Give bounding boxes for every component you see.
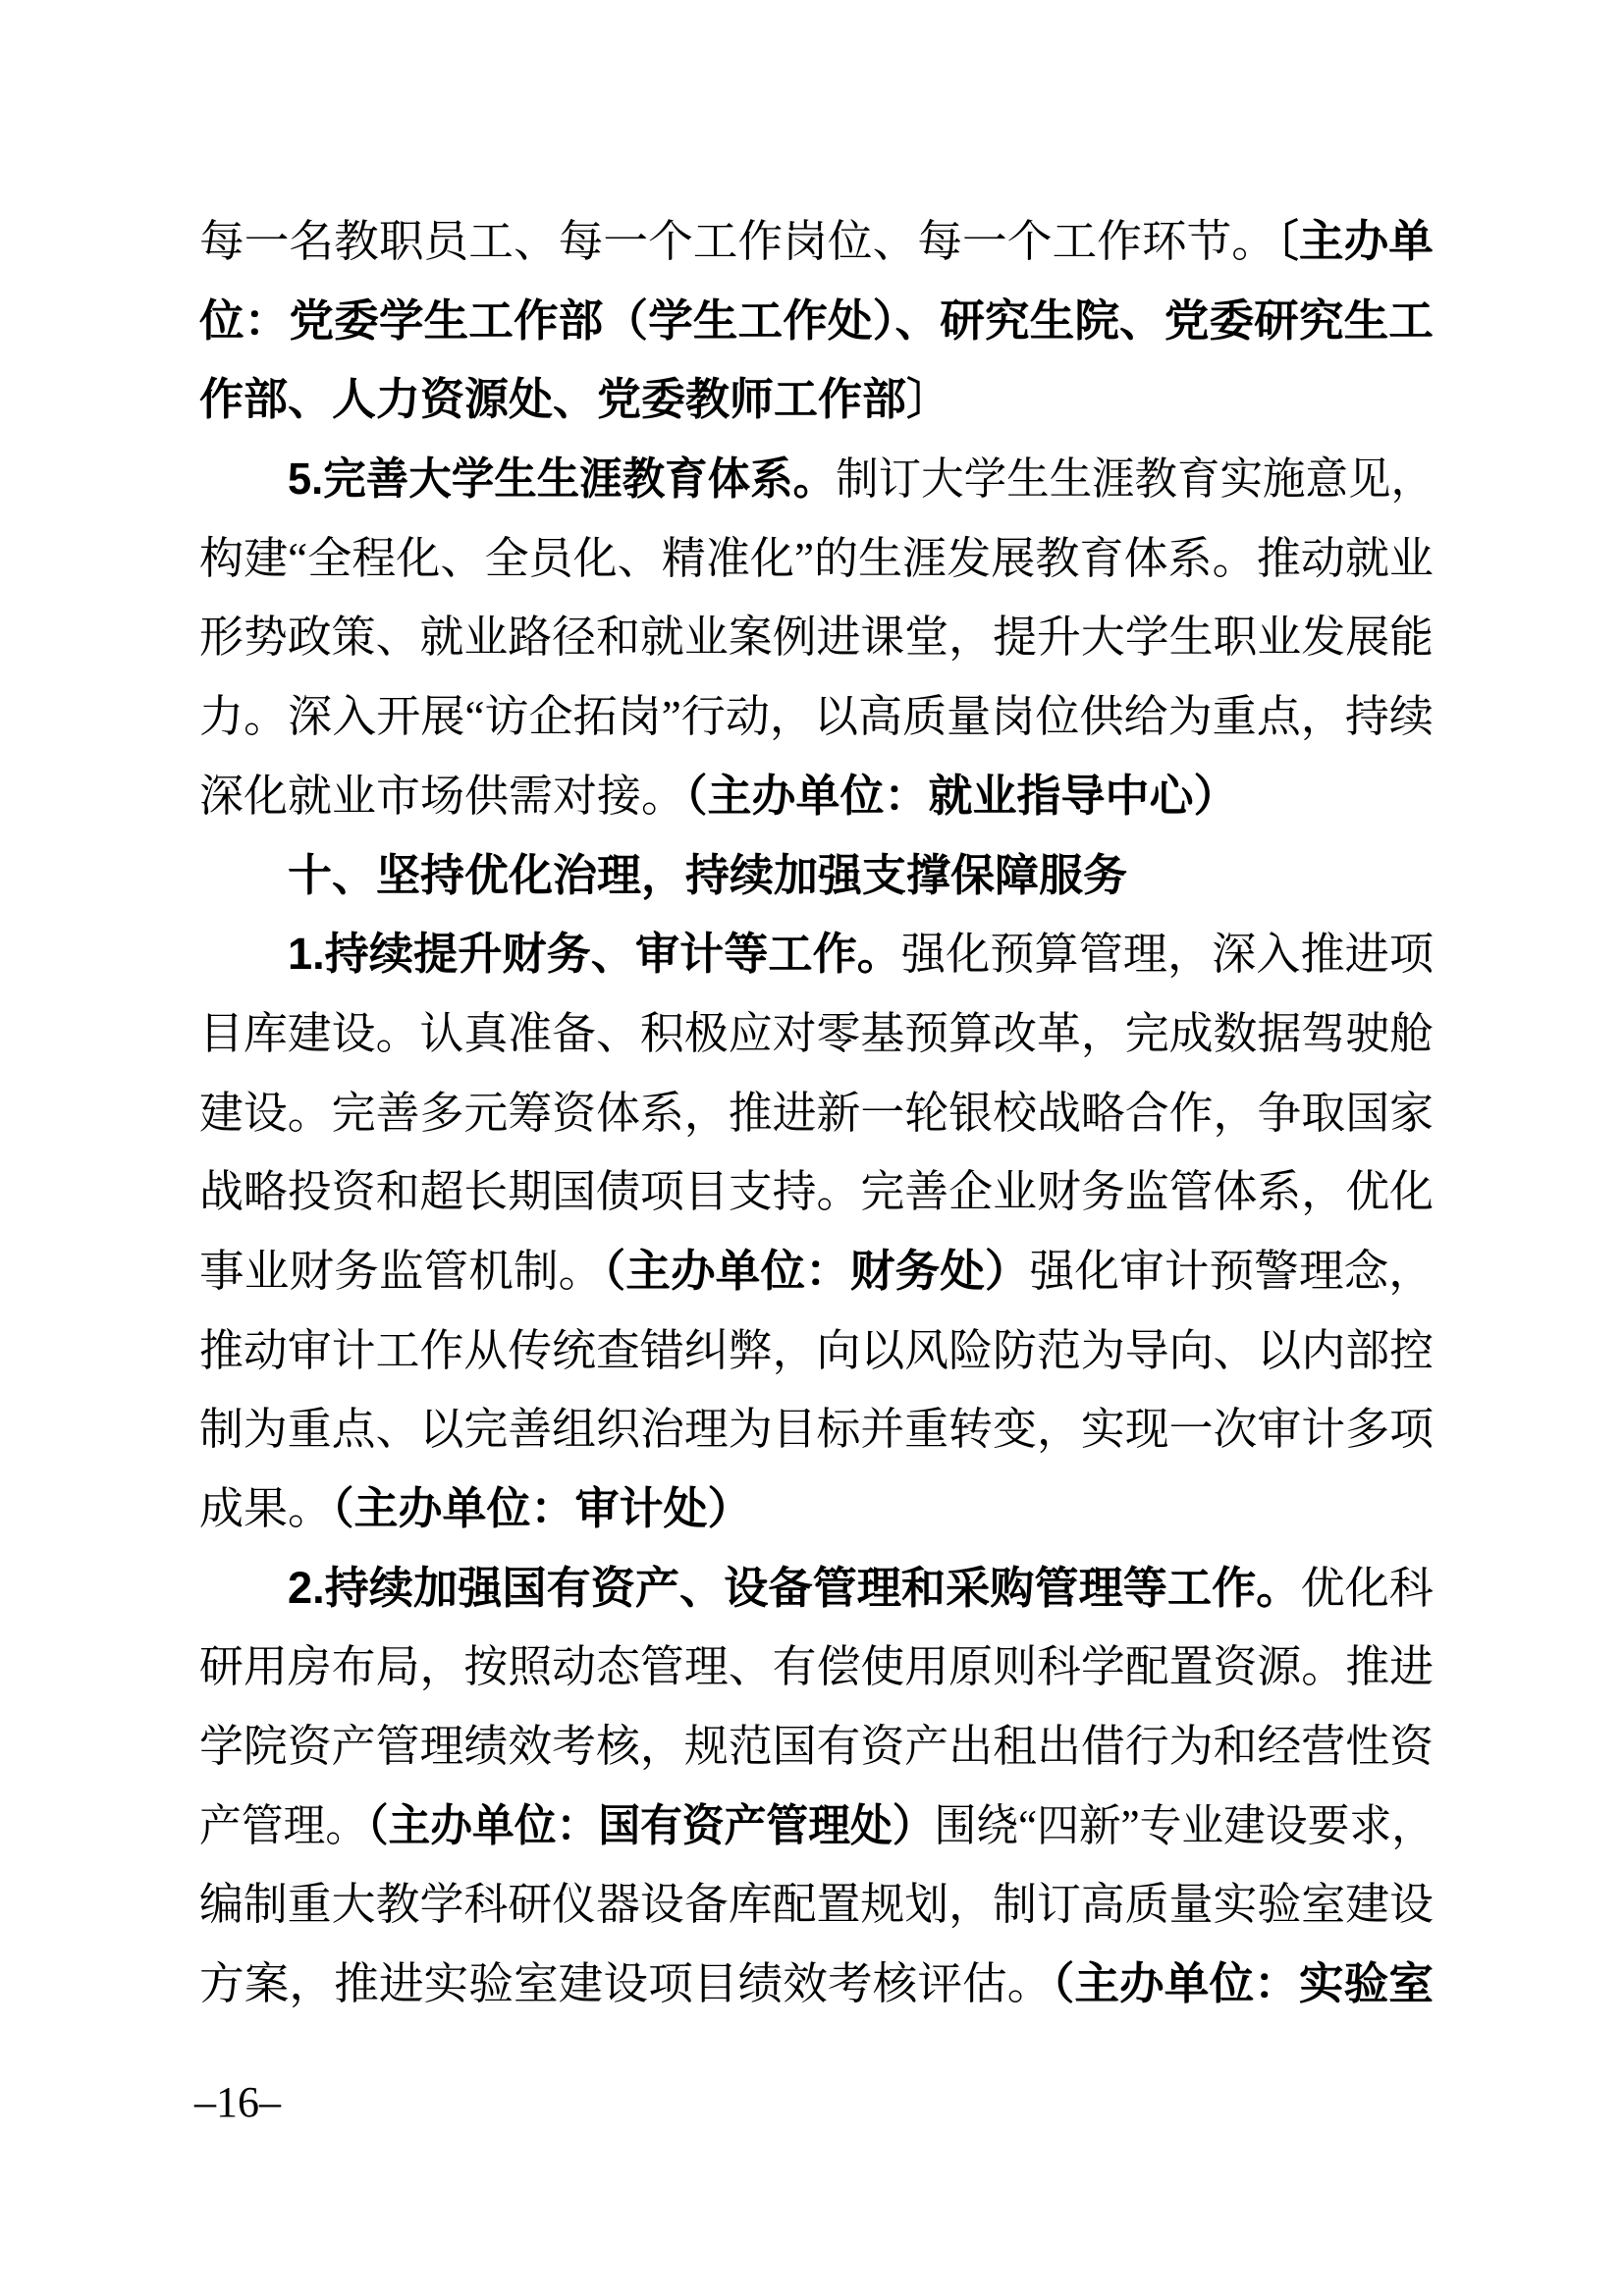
text-line-content: 作部、人力资源处、党委教师工作部〕 [199, 360, 950, 440]
emphasis-text: （主办单位：实验室 [1052, 1959, 1434, 2008]
text-line: 构建“全程化、全员化、精准化”的生涯发展教育体系。推动就业 [199, 519, 1434, 599]
text-line-content: 研用房布局，按照动态管理、有偿使用原则科学配置资源。推进 [199, 1628, 1434, 1707]
text-line: 建设。完善多元筹资体系，推进新一轮银校战略合作，争取国家 [199, 1074, 1434, 1153]
text-line: 产管理。（主办单位：国有资产管理处）围绕“四新”专业建设要求， [199, 1787, 1434, 1866]
text-line: 推动审计工作从传统查错纠弊，向以风险防范为导向、以内部控 [199, 1311, 1434, 1391]
text-line: 深化就业市场供需对接。（主办单位：就业指导中心） [199, 757, 1434, 836]
text-line-content: 2.持续加强国有资产、设备管理和采购管理等工作。优化科 [288, 1549, 1434, 1629]
text-line: 战略投资和超长期国债项目支持。完善企业财务监管体系，优化 [199, 1152, 1434, 1232]
text-line-content: 事业财务监管机制。（主办单位：财务处）强化审计预警理念， [199, 1232, 1434, 1311]
body-text: 围绕“四新”专业建设要求， [935, 1801, 1434, 1850]
emphasis-text: （主办单位：国有资产管理处） [367, 1801, 934, 1850]
body-text: 建设。完善多元筹资体系，推进新一轮银校战略合作，争取国家 [199, 1089, 1434, 1138]
body-text: 深化就业市场供需对接。 [199, 772, 685, 821]
text-line: 十、坚持优化治理，持续加强支撑保障服务 [199, 836, 1434, 916]
text-line-content: 战略投资和超长期国债项目支持。完善企业财务监管体系，优化 [199, 1152, 1434, 1232]
text-line-content: 5.完善大学生生涯教育体系。制订大学生生涯教育实施意见， [288, 440, 1434, 519]
body-text: 形势政策、就业路径和就业案例进课堂，提升大学生职业发展能 [199, 613, 1434, 662]
text-line-content: 十、坚持优化治理，持续加强支撑保障服务 [288, 836, 1127, 916]
text-line-content: 力。深入开展“访企拓岗”行动，以高质量岗位供给为重点，持续 [199, 677, 1434, 757]
emphasis-text: 2.持续加强国有资产、设备管理和采购管理等工作。 [288, 1563, 1300, 1613]
document-body: 每一名教职员工、每一个工作岗位、每一个工作环节。〔主办单位：党委学生工作部（学生… [199, 202, 1434, 2024]
document-page: 每一名教职员工、每一个工作岗位、每一个工作环节。〔主办单位：党委学生工作部（学生… [0, 0, 1624, 2296]
text-line: 学院资产管理绩效考核，规范国有资产出租出借行为和经营性资 [199, 1707, 1434, 1787]
body-text: 优化科 [1300, 1564, 1434, 1613]
body-text: 成果。 [199, 1484, 332, 1533]
text-line-content: 构建“全程化、全员化、精准化”的生涯发展教育体系。推动就业 [199, 519, 1434, 599]
emphasis-text: 位：党委学生工作部（学生工作处）、研究生院、党委研究生工 [199, 296, 1434, 346]
body-text: 方案，推进实验室建设项目绩效考核评估。 [199, 1959, 1052, 2008]
body-text: 目库建设。认真准备、积极应对零基预算改革，完成数据驾驶舱 [199, 1009, 1434, 1058]
text-line-content: 学院资产管理绩效考核，规范国有资产出租出借行为和经营性资 [199, 1707, 1434, 1787]
body-text: 强化预算管理，深入推进项 [901, 930, 1434, 979]
text-line: 事业财务监管机制。（主办单位：财务处）强化审计预警理念， [199, 1232, 1434, 1311]
text-line-content: 1.持续提升财务、审计等工作。强化预算管理，深入推进项 [288, 915, 1434, 994]
emphasis-text: 十、坚持优化治理，持续加强支撑保障服务 [288, 850, 1127, 900]
text-line-content: 深化就业市场供需对接。（主办单位：就业指导中心） [199, 757, 1238, 836]
text-line-content: 方案，推进实验室建设项目绩效考核评估。（主办单位：实验室 [199, 1945, 1434, 2024]
body-text: 强化审计预警理念， [1030, 1247, 1434, 1296]
page-number: –16– [194, 2079, 281, 2126]
text-line-content: 推动审计工作从传统查错纠弊，向以风险防范为导向、以内部控 [199, 1311, 1434, 1391]
text-line: 位：党委学生工作部（学生工作处）、研究生院、党委研究生工 [199, 282, 1434, 361]
text-line: 1.持续提升财务、审计等工作。强化预算管理，深入推进项 [199, 915, 1434, 994]
text-line: 5.完善大学生生涯教育体系。制订大学生生涯教育实施意见， [199, 440, 1434, 519]
emphasis-text: （主办单位：就业指导中心） [685, 772, 1238, 821]
body-text: 战略投资和超长期国债项目支持。完善企业财务监管体系，优化 [199, 1167, 1434, 1216]
text-line-content: 形势政策、就业路径和就业案例进课堂，提升大学生职业发展能 [199, 598, 1434, 677]
text-line: 每一名教职员工、每一个工作岗位、每一个工作环节。〔主办单 [199, 202, 1434, 282]
text-line-content: 成果。（主办单位：审计处） [199, 1469, 752, 1549]
text-line: 目库建设。认真准备、积极应对零基预算改革，完成数据驾驶舱 [199, 994, 1434, 1074]
body-text: 编制重大教学科研仪器设备库配置规划，制订高质量实验室建设 [199, 1880, 1434, 1929]
body-text: 学院资产管理绩效考核，规范国有资产出租出借行为和经营性资 [199, 1722, 1434, 1771]
emphasis-text: （主办单位：审计处） [332, 1484, 752, 1533]
body-text: 推动审计工作从传统查错纠弊，向以风险防范为导向、以内部控 [199, 1326, 1434, 1375]
text-line-content: 编制重大教学科研仪器设备库配置规划，制订高质量实验室建设 [199, 1865, 1434, 1945]
emphasis-text: 作部、人力资源处、党委教师工作部〕 [199, 375, 950, 424]
text-line: 研用房布局，按照动态管理、有偿使用原则科学配置资源。推进 [199, 1628, 1434, 1707]
body-text: 事业财务监管机制。 [199, 1247, 603, 1296]
body-text: 制为重点、以完善组织治理为目标并重转变，实现一次审计多项 [199, 1405, 1434, 1454]
text-line: 形势政策、就业路径和就业案例进课堂，提升大学生职业发展能 [199, 598, 1434, 677]
text-line-content: 建设。完善多元筹资体系，推进新一轮银校战略合作，争取国家 [199, 1074, 1434, 1153]
body-text: 力。深入开展“访企拓岗”行动，以高质量岗位供给为重点，持续 [199, 692, 1434, 741]
text-line: 编制重大教学科研仪器设备库配置规划，制订高质量实验室建设 [199, 1865, 1434, 1945]
emphasis-text: 〔主办单 [1276, 217, 1434, 266]
text-line-content: 制为重点、以完善组织治理为目标并重转变，实现一次审计多项 [199, 1390, 1434, 1469]
text-line-content: 每一名教职员工、每一个工作岗位、每一个工作环节。〔主办单 [199, 202, 1434, 282]
emphasis-text: 5.完善大学生生涯教育体系。 [288, 454, 836, 504]
text-line-content: 位：党委学生工作部（学生工作处）、研究生院、党委研究生工 [199, 282, 1434, 361]
emphasis-text: （主办单位：财务处） [603, 1247, 1029, 1296]
text-line: 力。深入开展“访企拓岗”行动，以高质量岗位供给为重点，持续 [199, 677, 1434, 757]
body-text: 每一名教职员工、每一个工作岗位、每一个工作环节。 [199, 217, 1276, 266]
body-text: 研用房布局，按照动态管理、有偿使用原则科学配置资源。推进 [199, 1642, 1434, 1691]
text-line: 制为重点、以完善组织治理为目标并重转变，实现一次审计多项 [199, 1390, 1434, 1469]
text-line: 方案，推进实验室建设项目绩效考核评估。（主办单位：实验室 [199, 1945, 1434, 2024]
text-line: 作部、人力资源处、党委教师工作部〕 [199, 360, 1434, 440]
body-text: 构建“全程化、全员化、精准化”的生涯发展教育体系。推动就业 [199, 534, 1434, 583]
text-line-content: 目库建设。认真准备、积极应对零基预算改革，完成数据驾驶舱 [199, 994, 1434, 1074]
body-text: 制订大学生生涯教育实施意见， [836, 454, 1434, 504]
text-line: 成果。（主办单位：审计处） [199, 1469, 1434, 1549]
body-text: 产管理。 [199, 1801, 367, 1850]
text-line: 2.持续加强国有资产、设备管理和采购管理等工作。优化科 [199, 1549, 1434, 1629]
emphasis-text: 1.持续提升财务、审计等工作。 [288, 929, 901, 979]
text-line-content: 产管理。（主办单位：国有资产管理处）围绕“四新”专业建设要求， [199, 1787, 1434, 1866]
